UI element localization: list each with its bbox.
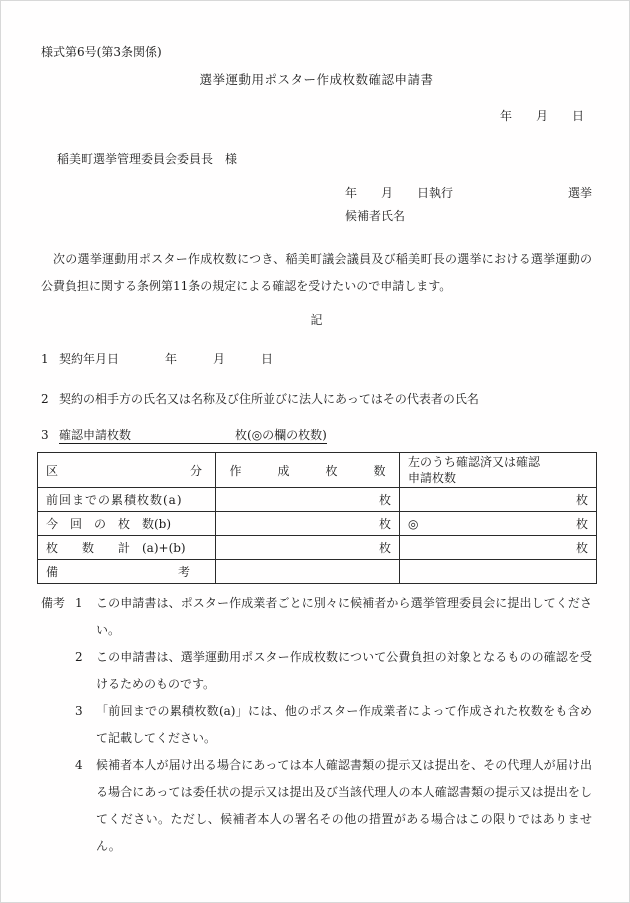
remarks-cell-right [400, 560, 597, 584]
confirmed-count-cell: 枚 [400, 488, 597, 512]
item-number: 3 [41, 424, 59, 446]
note-text: 候補者本人が届け出る場合にあっては本人確認書類の提示又は提出を、その代理人が届け… [96, 752, 592, 860]
header-date-blank: 年 月 日 [41, 107, 592, 125]
election-word: 選挙 [568, 184, 592, 202]
confirmed-count-cell: ◎ 枚 [400, 512, 597, 536]
item-contract-date: 1契約年月日年 月 日 [41, 346, 592, 373]
note-text: 「前回までの累積枚数(a)」には、他のポスター作成業者によって作成された枚数をも… [96, 698, 592, 752]
item-requested-count: 3確認申請枚数枚(◎の欄の枚数) [41, 424, 592, 446]
row-label: 今 回 の 枚 数(b) [38, 512, 216, 536]
row-label: 備 考 [38, 560, 216, 584]
item-suffix: 枚(◎の欄の枚数) [235, 428, 327, 442]
item-label: 確認申請枚数 [59, 428, 131, 442]
note-number: 2 [75, 644, 96, 698]
header-category: 区 分 [38, 453, 216, 488]
table-row-total: 枚 数 計 (a)+(b) 枚 枚 [38, 536, 597, 560]
note-number: 3 [75, 698, 96, 752]
unit-label: 枚 [576, 515, 588, 532]
record-heading: 記 [41, 307, 592, 334]
notes-section: 備考 1 この申請書は、ポスター作成業者ごとに別々に候補者から選挙管理委員会に提… [41, 590, 592, 860]
requested-count-underline: 確認申請枚数枚(◎の欄の枚数) [59, 428, 327, 444]
poster-count-table: 区 分 作 成 枚 数 左のうち確認済又は確認 申請枚数 前回までの累積枚数(a… [37, 452, 597, 584]
table-row-remarks: 備 考 [38, 560, 597, 584]
header-confirmed-line2: 申請枚数 [408, 470, 588, 486]
execution-date-blank: 年 月 日執行 [345, 184, 453, 202]
note-item: 備考 1 この申請書は、ポスター作成業者ごとに別々に候補者から選挙管理委員会に提… [41, 590, 592, 644]
notes-heading: 備考 [41, 590, 75, 644]
item-number: 1 [41, 346, 59, 373]
form-number: 様式第6号(第3条関係) [41, 43, 592, 61]
item-label: 契約年月日 [59, 352, 119, 366]
header-confirmed-line1: 左のうち確認済又は確認 [408, 454, 588, 470]
header-confirmed-count: 左のうち確認済又は確認 申請枚数 [400, 453, 597, 488]
table-header-row: 区 分 作 成 枚 数 左のうち確認済又は確認 申請枚数 [38, 453, 597, 488]
page-title: 選挙運動用ポスター作成枚数確認申請書 [41, 71, 592, 89]
double-circle-mark: ◎ [408, 517, 418, 531]
contract-date-blank: 年 月 日 [165, 352, 273, 366]
note-number: 4 [75, 752, 96, 860]
table-row-cumulative: 前回までの累積枚数(a) 枚 枚 [38, 488, 597, 512]
candidate-name-label: 候補者氏名 [345, 207, 592, 225]
header-made-count: 作 成 枚 数 [216, 453, 400, 488]
made-count-cell: 枚 [216, 488, 400, 512]
note-text: この申請書は、ポスター作成業者ごとに別々に候補者から選挙管理委員会に提出してくだ… [96, 590, 592, 644]
table-row-current: 今 回 の 枚 数(b) 枚 ◎ 枚 [38, 512, 597, 536]
note-number: 1 [75, 590, 96, 644]
application-body-text: 次の選挙運動用ポスター作成枚数につき、稲美町議会議員及び稲美町長の選挙における選… [41, 246, 592, 300]
row-label: 前回までの累積枚数(a) [38, 488, 216, 512]
note-item: 2 この申請書は、選挙運動用ポスター作成枚数について公費負担の対象となるものの確… [41, 644, 592, 698]
row-label: 枚 数 計 (a)+(b) [38, 536, 216, 560]
election-execution-line: 年 月 日執行 選挙 [345, 184, 592, 202]
item-label: 契約の相手方の氏名又は名称及び住所並びに法人にあってはその代表者の氏名 [59, 392, 479, 406]
made-count-cell: 枚 [216, 536, 400, 560]
note-item: 3 「前回までの累積枚数(a)」には、他のポスター作成業者によって作成された枚数… [41, 698, 592, 752]
addressee-line: 稲美町選挙管理委員会委員長 様 [41, 150, 592, 168]
made-count-cell: 枚 [216, 512, 400, 536]
application-form-page: 様式第6号(第3条関係) 選挙運動用ポスター作成枚数確認申請書 年 月 日 稲美… [0, 0, 630, 903]
remarks-cell-left [216, 560, 400, 584]
note-item: 4 候補者本人が届け出る場合にあっては本人確認書類の提示又は提出を、その代理人が… [41, 752, 592, 860]
item-number: 2 [41, 386, 59, 413]
confirmed-count-cell: 枚 [400, 536, 597, 560]
note-text: この申請書は、選挙運動用ポスター作成枚数について公費負担の対象となるものの確認を… [96, 644, 592, 698]
item-contract-party: 2契約の相手方の氏名又は名称及び住所並びに法人にあってはその代表者の氏名 [41, 386, 592, 413]
